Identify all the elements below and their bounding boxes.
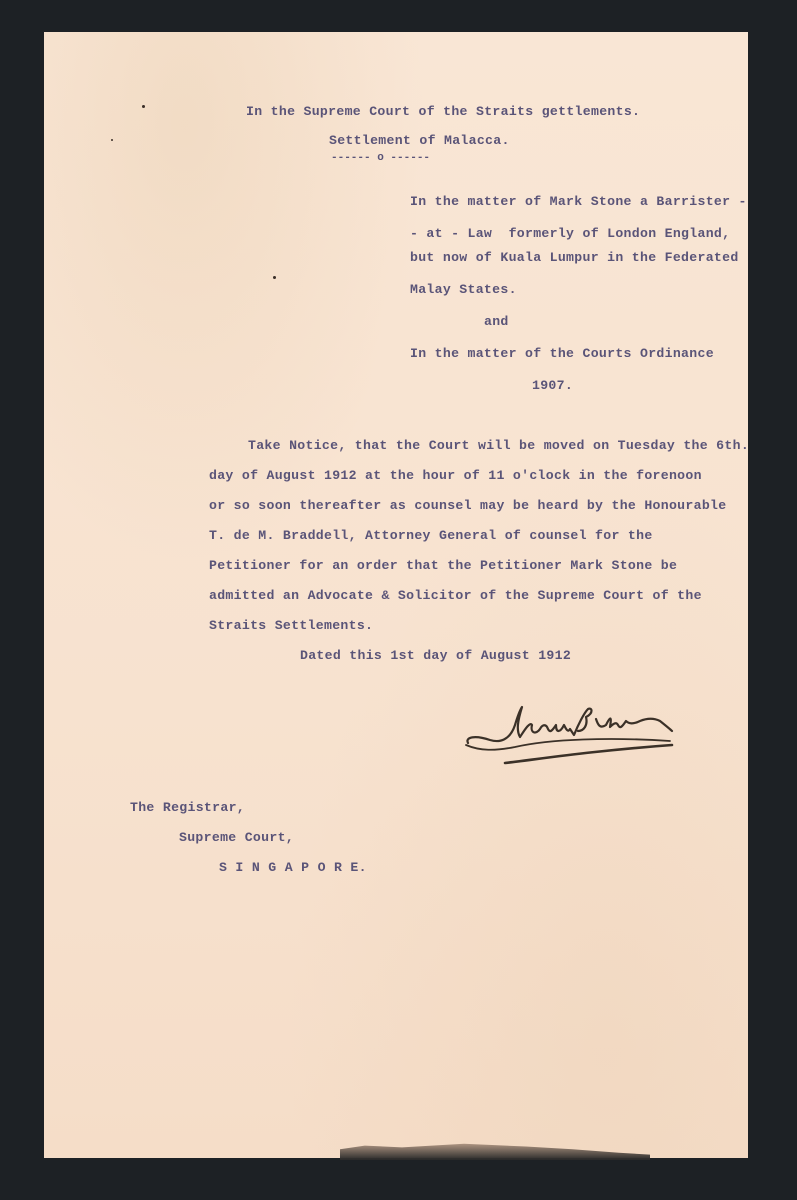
document-page: In the Supreme Court of the Straits gett… xyxy=(44,32,748,1158)
matter-line: but now of Kuala Lumpur in the Federated xyxy=(410,250,739,266)
notice-line: T. de M. Braddell, Attorney General of c… xyxy=(209,528,653,544)
matter-line: Malay States. xyxy=(410,282,517,298)
ink-spot xyxy=(273,276,276,279)
signature xyxy=(460,695,680,770)
matter-line: In the matter of Mark Stone a Barrister … xyxy=(410,194,747,210)
settlement-heading: Settlement of Malacca. xyxy=(329,133,510,149)
matter-conjunction: and xyxy=(484,314,509,330)
addressee-city: S I N G A P O R E. xyxy=(219,860,367,876)
matter-line: In the matter of the Courts Ordinance xyxy=(410,346,714,362)
court-title: In the Supreme Court of the Straits gett… xyxy=(246,104,640,120)
notice-line: admitted an Advocate & Solicitor of the … xyxy=(209,588,702,604)
heading-divider: ------ o ------ xyxy=(331,152,430,164)
notice-line: Petitioner for an order that the Petitio… xyxy=(209,558,677,574)
notice-line: or so soon thereafter as counsel may be … xyxy=(209,498,726,514)
notice-line: Straits Settlements. xyxy=(209,618,373,634)
ink-spot xyxy=(111,139,113,141)
matter-line: - at - Law formerly of London England, xyxy=(410,226,730,242)
dated-line: Dated this 1st day of August 1912 xyxy=(300,648,571,664)
notice-line: day of August 1912 at the hour of 11 o'c… xyxy=(209,468,702,484)
addressee-registrar: The Registrar, xyxy=(130,800,245,816)
matter-year: 1907. xyxy=(532,378,573,394)
addressee-court: Supreme Court, xyxy=(179,830,294,846)
notice-line: Take Notice, that the Court will be move… xyxy=(248,438,749,454)
ink-spot xyxy=(142,105,145,108)
